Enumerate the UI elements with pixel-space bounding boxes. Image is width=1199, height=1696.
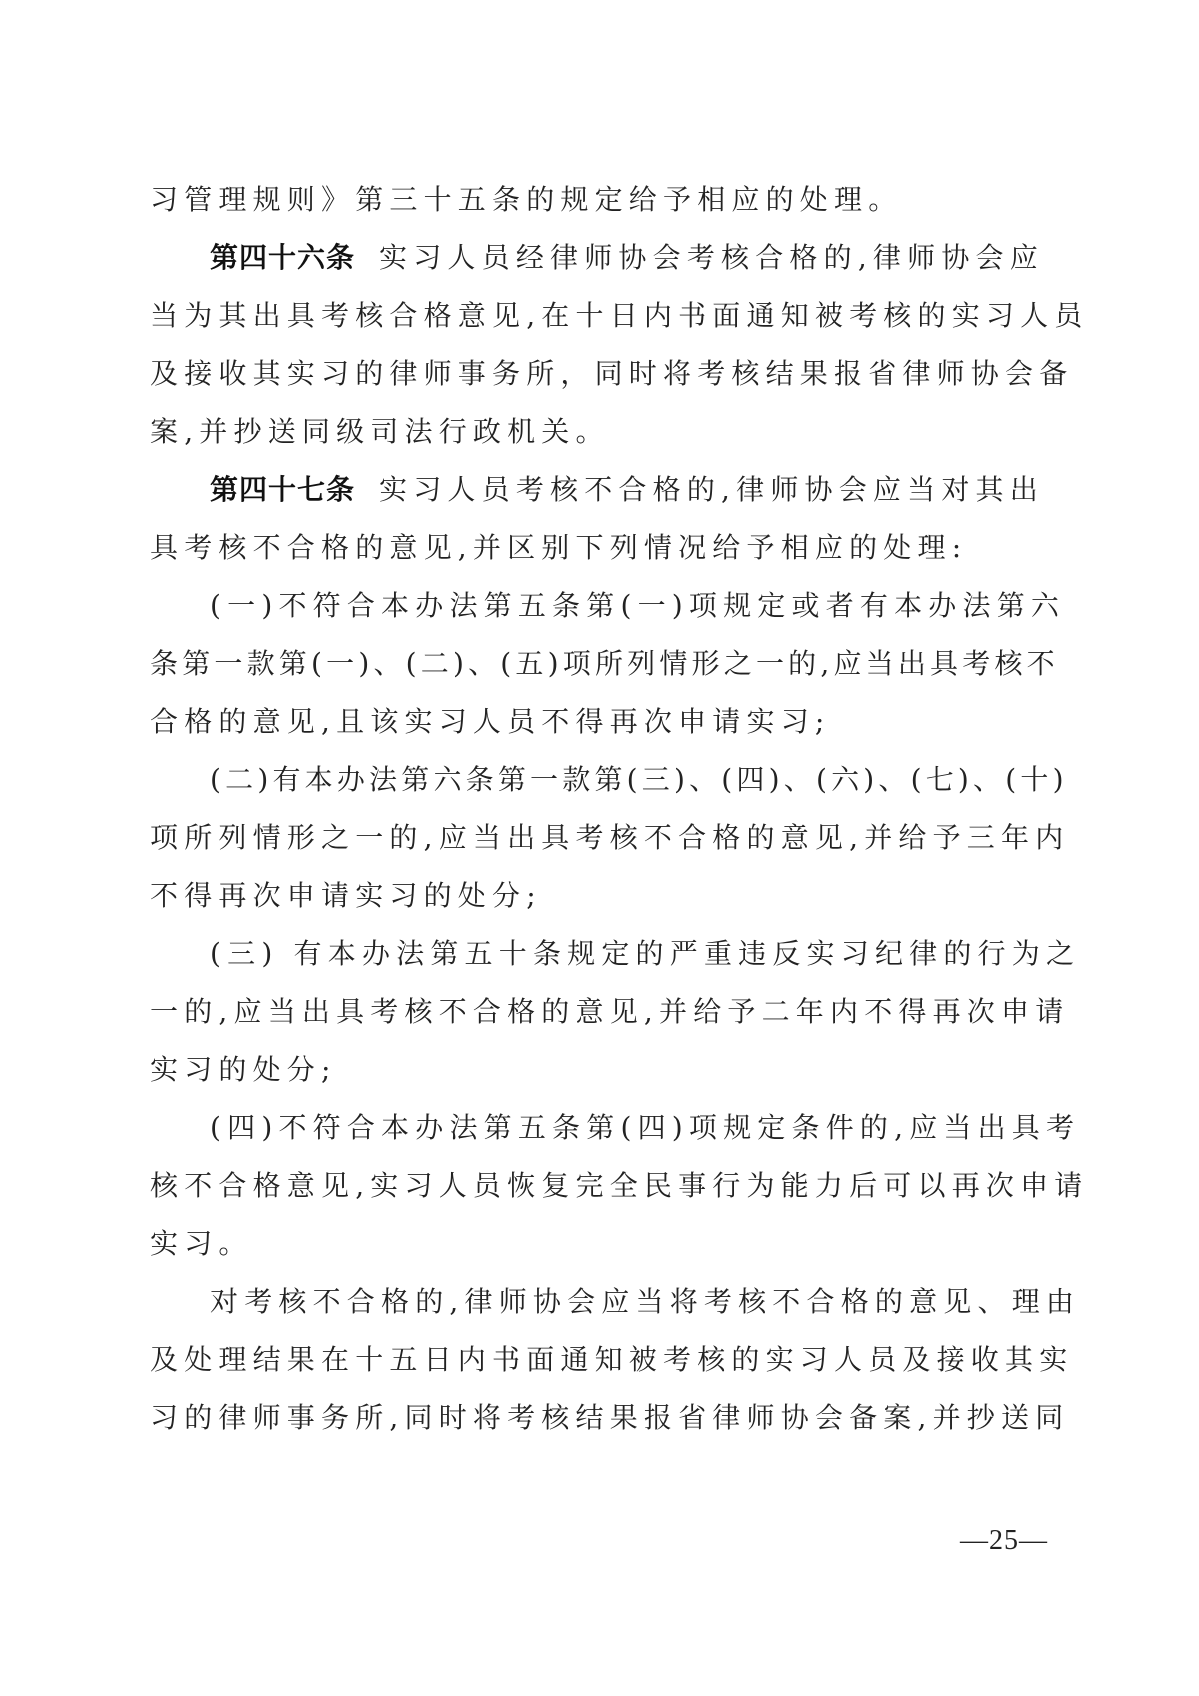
text-line: 具考核不合格的意见,并区别下列情况给予相应的处理: <box>150 528 967 568</box>
text-line: 及处理结果在十五日内书面通知被考核的实习人员及接收其实 <box>150 1340 1073 1380</box>
text-span: 实习人员经律师协会考核合格的,律师协会应 <box>379 241 1044 274</box>
clause-4-line: (四)不符合本办法第五条第(四)项规定条件的,应当出具考 <box>210 1108 1080 1148</box>
text-line: 习的律师事务所,同时将考核结果报省律师协会备案,并抄送同 <box>150 1398 1069 1438</box>
text-line: 习管理规则》第三十五条的规定给予相应的处理。 <box>150 180 902 220</box>
page-number: —25— <box>960 1525 1048 1557</box>
text-line: 案,并抄送同级司法行政机关。 <box>150 412 610 452</box>
text-line: 合格的意见,且该实习人员不得再次申请实习; <box>150 702 831 742</box>
article-heading: 第四十七条 <box>210 473 355 506</box>
clause-2-line: (二)有本办法第六条第一款第(三)、(四)、(六)、(七)、(十) <box>210 760 1068 800</box>
text-line: 实习。 <box>150 1224 253 1264</box>
paragraph-line: 对考核不合格的,律师协会应当将考核不合格的意见、理由 <box>210 1282 1080 1322</box>
text-line: 实习的处分; <box>150 1050 337 1090</box>
clause-1-line: (一)不符合本办法第五条第(一)项规定或者有本办法第六 <box>210 586 1065 626</box>
clause-3-line: (三) 有本办法第五十条规定的严重违反实习纪律的行为之 <box>210 934 1080 974</box>
text-line: 一的,应当出具考核不合格的意见,并给予二年内不得再次申请 <box>150 992 1069 1032</box>
article-47-first-line: 第四十七条实习人员考核不合格的,律师协会应当对其出 <box>210 470 1044 510</box>
text-line: 不得再次申请实习的处分; <box>150 876 542 916</box>
text-line: 条第一款第(一)、(二)、(五)项所列情形之一的,应当出具考核不 <box>150 644 1059 684</box>
text-line: 项所列情形之一的,应当出具考核不合格的意见,并给予三年内 <box>150 818 1069 858</box>
text-line: 及接收其实习的律师事务所，同时将考核结果报省律师协会备 <box>150 354 1073 394</box>
article-heading: 第四十六条 <box>210 241 355 274</box>
text-line: 当为其出具考核合格意见,在十日内书面通知被考核的实习人员 <box>150 296 1089 336</box>
text-span: 实习人员考核不合格的,律师协会应当对其出 <box>379 473 1044 506</box>
text-line: 核不合格意见,实习人员恢复完全民事行为能力后可以再次申请 <box>150 1166 1089 1206</box>
article-46-first-line: 第四十六条实习人员经律师协会考核合格的,律师协会应 <box>210 238 1044 278</box>
